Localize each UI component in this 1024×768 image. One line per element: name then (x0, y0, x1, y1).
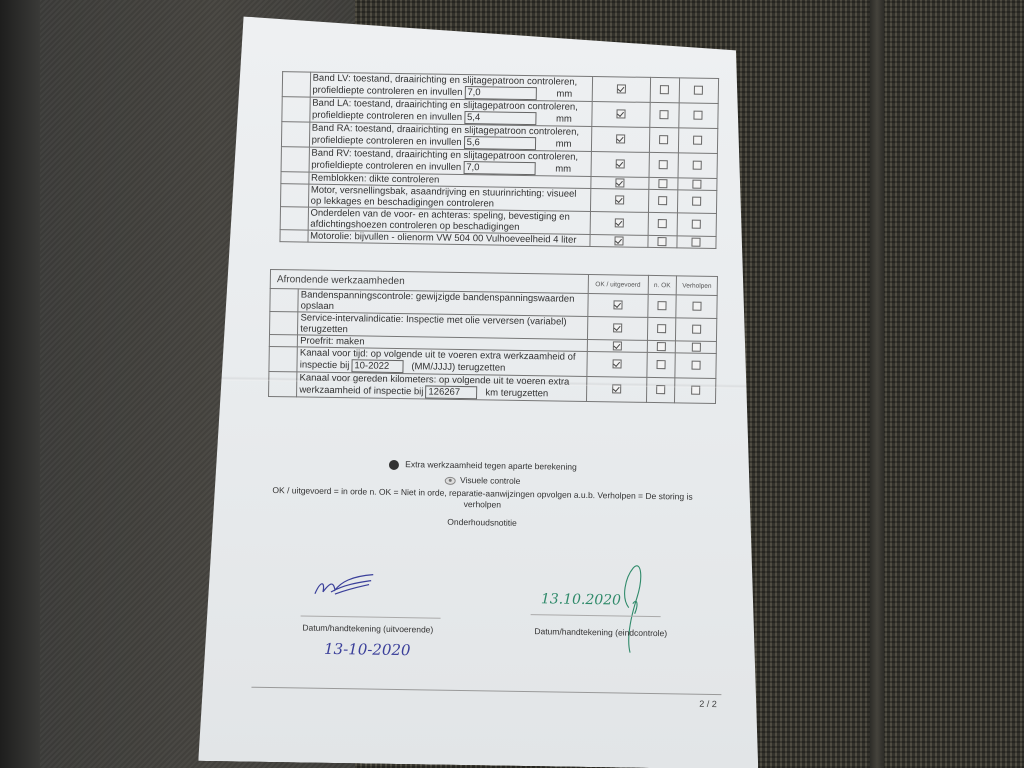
signature-date-left: 13-10-2020 (324, 640, 411, 659)
ok-cell (590, 235, 648, 248)
not-ok-checkbox[interactable] (660, 111, 669, 120)
ok-checkbox[interactable] (615, 196, 624, 205)
value-field[interactable]: 5,6 (464, 136, 536, 150)
filled-circle-icon (389, 460, 399, 470)
verholpen-checkbox[interactable] (691, 343, 700, 352)
signature-performer (311, 570, 381, 601)
ok-checkbox[interactable] (617, 110, 626, 119)
ok-checkbox[interactable] (613, 301, 622, 310)
symbol-column (269, 334, 297, 346)
verholpen-cell (678, 128, 718, 154)
verholpen-checkbox[interactable] (694, 111, 703, 120)
not-ok-cell (650, 102, 679, 127)
verholpen-checkbox[interactable] (692, 220, 701, 229)
not-ok-checkbox[interactable] (657, 325, 666, 334)
symbol-column (269, 371, 298, 396)
not-ok-checkbox[interactable] (658, 220, 667, 229)
seat-seam (870, 0, 884, 768)
not-ok-cell (648, 235, 676, 247)
maintenance-document: Band LV: toestand, draairichting en slij… (198, 16, 770, 768)
symbol-column (280, 207, 308, 230)
not-ok-checkbox[interactable] (659, 197, 668, 206)
value-field[interactable]: 7,0 (463, 161, 535, 175)
signature-label-left: Datum/handtekening (uitvoerende) (302, 623, 433, 635)
signature-date-right: 13.10.2020 (541, 591, 621, 608)
legend-explanation: OK / uitgevoerd = in orde n. OK = Niet i… (202, 484, 762, 515)
ok-cell (587, 339, 647, 352)
not-ok-cell (646, 377, 675, 402)
not-ok-checkbox[interactable] (657, 302, 666, 311)
verholpen-cell (677, 213, 717, 237)
verholpen-checkbox[interactable] (693, 136, 702, 145)
symbol-column (281, 172, 309, 184)
ok-checkbox[interactable] (613, 324, 622, 333)
symbol-column (282, 72, 310, 97)
not-ok-cell (647, 352, 676, 377)
ok-checkbox[interactable] (615, 219, 624, 228)
task-description: Band LA: toestand, draairichting en slij… (309, 97, 592, 126)
not-ok-cell (649, 177, 677, 189)
verholpen-cell (675, 353, 716, 379)
ok-cell (590, 212, 649, 236)
not-ok-checkbox[interactable] (659, 161, 668, 170)
ok-cell (592, 127, 651, 153)
ok-cell (586, 376, 647, 402)
verholpen-checkbox[interactable] (693, 180, 702, 189)
verholpen-cell (678, 103, 718, 129)
verholpen-checkbox[interactable] (692, 238, 701, 247)
not-ok-cell (647, 317, 676, 340)
symbol-column (270, 311, 299, 334)
note-title: Onderhoudsnotitie (202, 513, 762, 532)
value-field[interactable]: 7,0 (464, 86, 536, 100)
verholpen-cell (675, 341, 716, 354)
symbol-column (270, 288, 299, 311)
signature-inspector (610, 557, 652, 658)
ok-checkbox[interactable] (616, 135, 625, 144)
col-ok-header: OK / uitgevoerd (588, 274, 648, 294)
value-field[interactable]: 126267 (425, 385, 477, 399)
not-ok-cell (647, 294, 676, 317)
footer-line (251, 687, 721, 695)
seat-shadow (0, 0, 40, 768)
symbol-column (280, 230, 308, 242)
verholpen-cell (675, 378, 716, 404)
ok-cell (586, 351, 647, 377)
page-number: 2 / 2 (699, 699, 717, 709)
not-ok-cell (650, 127, 679, 152)
symbol-column (282, 97, 310, 122)
not-ok-checkbox[interactable] (658, 237, 667, 246)
ok-checkbox[interactable] (612, 341, 621, 350)
col-nok-header: n. OK (648, 275, 677, 294)
ok-checkbox[interactable] (617, 85, 626, 94)
not-ok-cell (649, 212, 677, 235)
verholpen-checkbox[interactable] (692, 197, 701, 206)
symbol-column (281, 122, 309, 147)
task-description: Band RV: toestand, draairichting en slij… (309, 147, 592, 176)
ok-cell (587, 316, 648, 340)
signature-label-right: Datum/handtekening (eindcontrole) (534, 626, 667, 638)
not-ok-checkbox[interactable] (659, 179, 668, 188)
verholpen-cell (676, 236, 716, 249)
inspection-table: Band LV: toestand, draairichting en slij… (279, 71, 719, 249)
ok-checkbox[interactable] (612, 360, 621, 369)
ok-checkbox[interactable] (615, 236, 624, 245)
not-ok-cell (649, 152, 678, 177)
signature-line-left (301, 615, 441, 618)
ok-cell (592, 77, 651, 103)
ok-checkbox[interactable] (616, 160, 625, 169)
verholpen-cell (677, 178, 717, 191)
verholpen-checkbox[interactable] (692, 302, 701, 311)
task-description: Band LV: toestand, draairichting en slij… (310, 72, 593, 101)
symbol-column (281, 184, 309, 207)
verholpen-cell (679, 78, 719, 104)
task-description: Kanaal voor tijd: op volgende uit te voe… (297, 347, 587, 377)
verholpen-cell (676, 318, 717, 342)
verholpen-cell (677, 190, 717, 214)
not-ok-checkbox[interactable] (657, 342, 666, 351)
not-ok-cell (649, 189, 677, 212)
symbol-column (281, 147, 309, 172)
eye-icon (445, 476, 456, 484)
value-field[interactable]: 5,4 (464, 111, 536, 125)
col-verholpen-header: Verholpen (676, 276, 717, 296)
verholpen-cell (678, 153, 718, 179)
verholpen-cell (676, 295, 717, 319)
verholpen-checkbox[interactable] (694, 86, 703, 95)
task-description: Kanaal voor gereden kilometers: op volge… (297, 372, 587, 402)
verholpen-checkbox[interactable] (691, 361, 700, 370)
ok-checkbox[interactable] (616, 178, 625, 187)
ok-cell (592, 102, 651, 128)
ok-cell (587, 293, 648, 317)
ok-cell (591, 152, 650, 178)
not-ok-cell (651, 77, 680, 102)
not-ok-cell (647, 340, 676, 352)
verholpen-checkbox[interactable] (692, 325, 701, 334)
ok-cell (591, 177, 649, 190)
not-ok-checkbox[interactable] (660, 86, 669, 95)
not-ok-checkbox[interactable] (660, 136, 669, 145)
symbol-column (269, 346, 298, 371)
ok-cell (591, 189, 650, 213)
task-description: Band RA: toestand, draairichting en slij… (309, 122, 592, 151)
not-ok-checkbox[interactable] (656, 361, 665, 370)
verholpen-checkbox[interactable] (693, 161, 702, 170)
value-field[interactable]: 10-2022 (351, 359, 403, 373)
